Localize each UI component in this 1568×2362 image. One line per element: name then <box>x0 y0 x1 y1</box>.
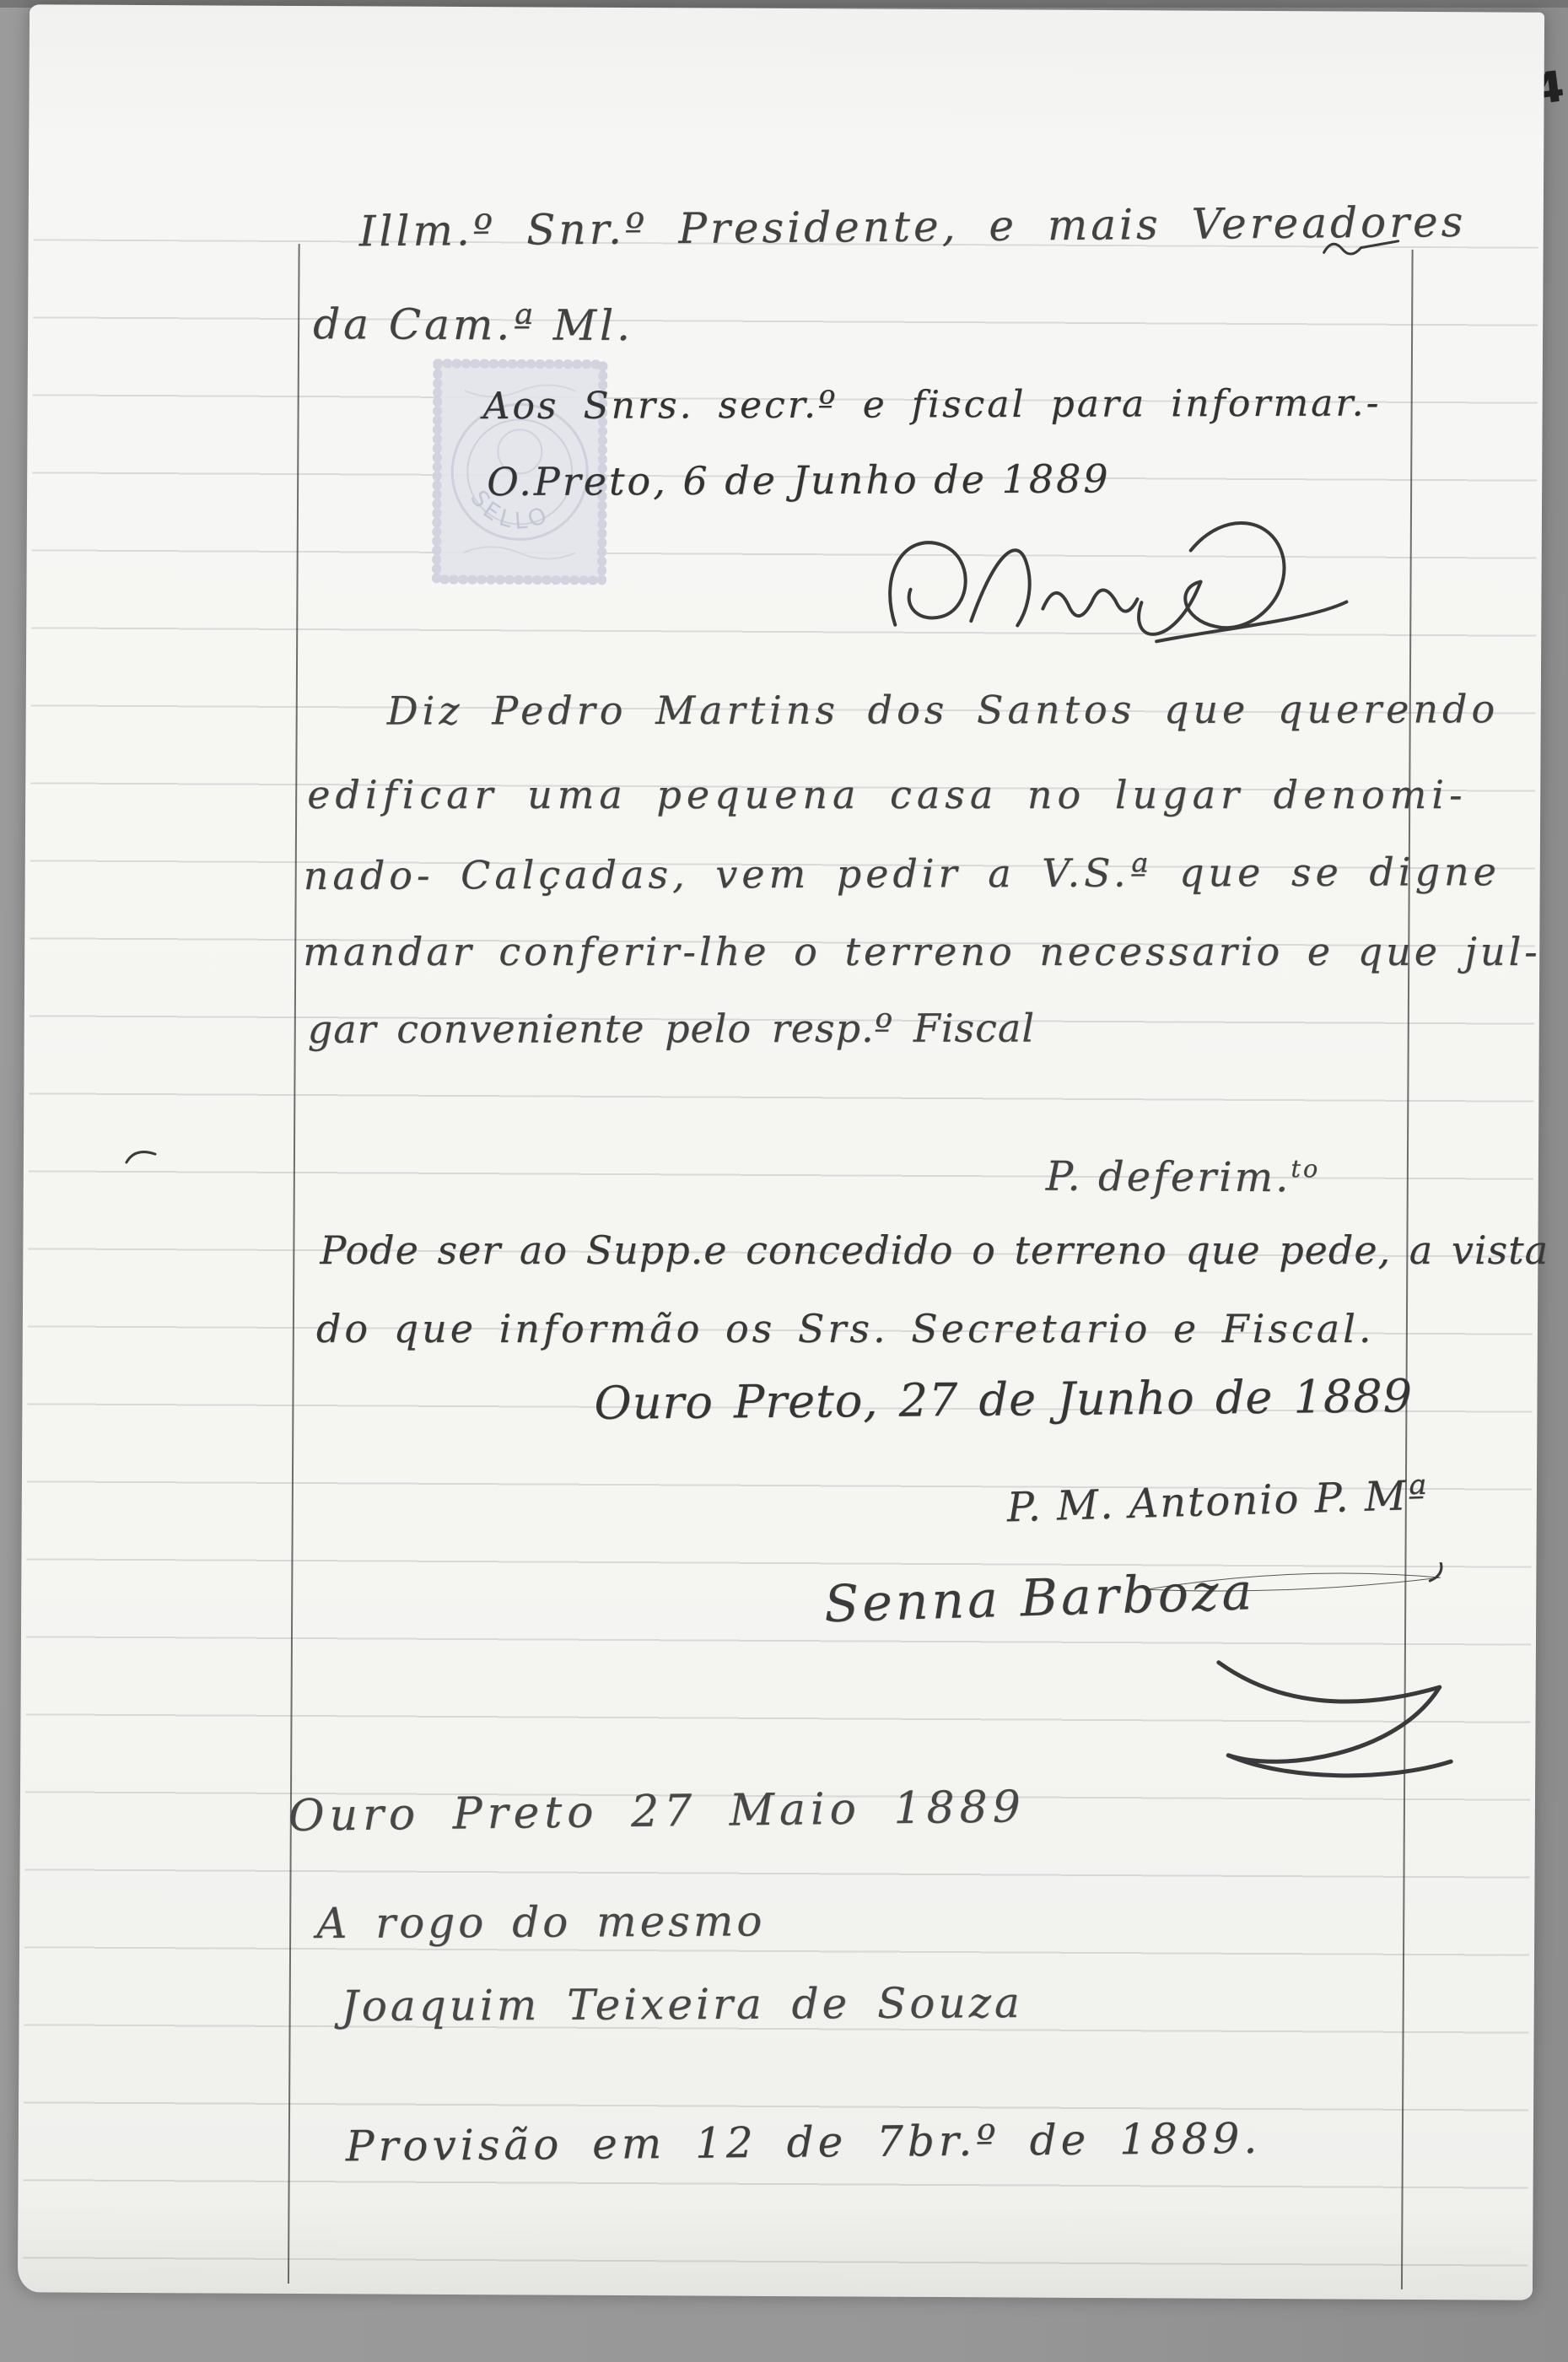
dispatch-signature-flourish <box>870 499 1360 678</box>
deferment-main: P. deferim. <box>1046 1153 1291 1202</box>
president-signature: Senna Barboza <box>823 1567 1256 1630</box>
petition-line-5: gar conveniente pelo resp.º Fiscal <box>308 1009 1035 1049</box>
petition-line-2: edificar uma pequena casa no lugar denom… <box>307 775 1467 814</box>
document-page: SELLO Illm.º Snr.º Presidente, e mais Ve… <box>18 4 1544 2300</box>
corner-pen-mark <box>1319 229 1420 263</box>
dispatch-line-1: Aos Snrs. secr.º e fiscal para informar.… <box>483 385 1382 425</box>
decision-line-1: Pode ser ao Supp.e concedido o terreno q… <box>320 1231 1549 1270</box>
decision-line-2: do que informão os Srs. Secretario e Fis… <box>316 1309 1375 1348</box>
decision-date-line: Ouro Preto, 27 de Junho de 1889 <box>594 1373 1413 1426</box>
salutation-line-2: da Cam.ª Ml. <box>313 303 633 347</box>
provision-note: Provisão em 12 de 7br.º de 1889. <box>346 2117 1262 2167</box>
deferment-superscript: to <box>1291 1154 1320 1183</box>
closing-date-line: Ouro Preto 27 Maio 1889 <box>288 1785 1026 1838</box>
margin-tick-mark <box>123 1146 160 1169</box>
secretary-signature: P. M. Antonio P. Mª <box>1006 1475 1429 1529</box>
dispatch-line-2: O.Preto, 6 de Junho de 1889 <box>487 459 1111 501</box>
president-signature-flourish <box>1201 1653 1463 1806</box>
closing-witness-line: Joaquim Teixeira de Souza <box>342 1982 1023 2027</box>
petition-line-3: nado- Calçadas, vem pedir a V.S.ª que se… <box>304 852 1501 895</box>
petition-line-4: mandar conferir-lhe o terreno necessario… <box>303 932 1540 971</box>
deferment-formula: P. deferim.to <box>1046 1156 1321 1199</box>
salutation-line-1: Illm.º Snr.º Presidente, e mais Vereador… <box>358 201 1466 252</box>
petition-line-1: Diz Pedro Martins dos Santos que querend… <box>387 689 1500 730</box>
scanned-document: [1] CMOP’4 Cx 25 Doc 51 SELLO Illm.º Snr… <box>0 0 1568 2362</box>
closing-rogo-line: A rogo do mesmo <box>316 1900 765 1944</box>
